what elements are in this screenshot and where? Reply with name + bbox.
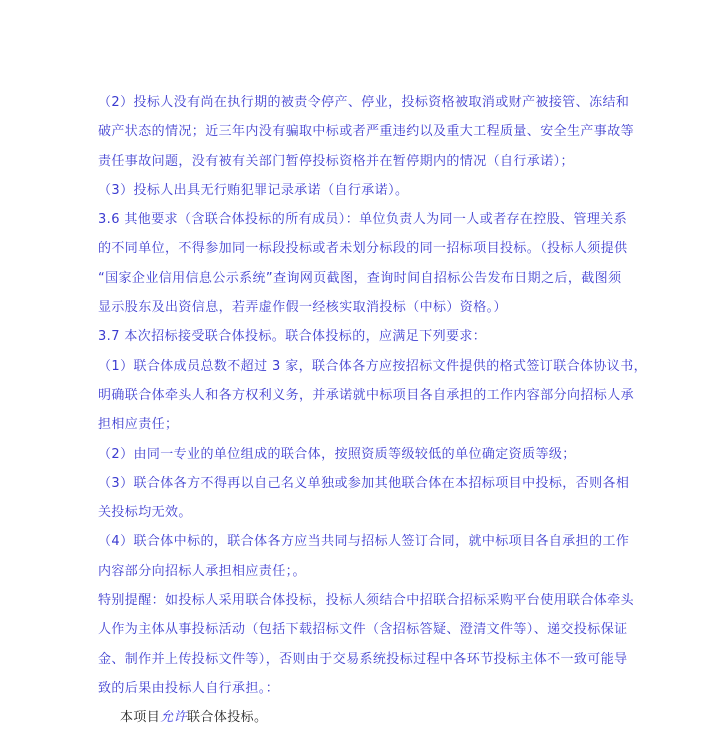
text-line: 的不同单位，不得参加同一标段投标或者未划分标段的同一招标项目投标。（投标人须提供: [98, 234, 628, 263]
allow-emphasis: 允许: [160, 710, 187, 725]
text-line: （2）投标人没有尚在执行期的被责令停产、停业，投标资格被取消或财产被接管、冻结和: [98, 88, 628, 117]
special-reminder-line: 特别提醒：如投标人采用联合体投标，投标人须结合中招联合招标采购平台使用联合体牵头: [98, 586, 628, 615]
text-line: 人作为主体从事投标活动（包括下载招标文件（含招标答疑、澄清文件等）、递交投标保证: [98, 615, 628, 644]
text-line: （1）联合体成员总数不超过 3 家，联合体各方应按招标文件提供的格式签订联合体协…: [98, 352, 628, 381]
text-line: 关投标均无效。: [98, 498, 628, 527]
text-line: 显示股东及出资信息，若弄虚作假一经核实取消投标（中标）资格。）: [98, 293, 628, 322]
text-line: （2）由同一专业的单位组成的联合体，按照资质等级较低的单位确定资质等级；: [98, 440, 628, 469]
text-line: “国家企业信用信息公示系统”查询网页截图，查询时间自招标公告发布日期之后，截图须: [98, 264, 628, 293]
text-line: （3）联合体各方不得再以自己名义单独或参加其他联合体在本招标项目中投标，否则各相: [98, 469, 628, 498]
final-prefix: 本项目: [120, 710, 160, 725]
text-line: （3）投标人出具无行贿犯罪记录承诺（自行承诺）。: [98, 176, 628, 205]
text-line: 致的后果由投标人自行承担。：: [98, 674, 628, 703]
section-3-6-line: 3.6 其他要求（含联合体投标的所有成员）：单位负责人为同一人或者存在控股、管理…: [98, 205, 628, 234]
text-line: 金、制作并上传投标文件等），否则由于交易系统投标过程中各环节投标主体不一致可能导: [98, 645, 628, 674]
text-line: 内容部分向招标人承担相应责任；。: [98, 557, 628, 586]
text-line: 责任事故问题，没有被有关部门暂停投标资格并在暂停期内的情况（自行承诺）；: [98, 147, 628, 176]
document-body: （2）投标人没有尚在执行期的被责令停产、停业，投标资格被取消或财产被接管、冻结和…: [98, 88, 628, 733]
final-statement: 本项目允许联合体投标。: [98, 703, 628, 732]
text-line: （4）联合体中标的，联合体各方应当共同与招标人签订合同，就中标项目各自承担的工作: [98, 527, 628, 556]
text-line: 明确联合体牵头人和各方权利义务，并承诺就中标项目各自承担的工作内容部分向招标人承: [98, 381, 628, 410]
text-line: 破产状态的情况；近三年内没有骗取中标或者严重违约以及重大工程质量、安全生产事故等: [98, 117, 628, 146]
text-line: 担相应责任；: [98, 410, 628, 439]
section-3-7-line: 3.7 本次招标接受联合体投标。联合体投标的，应满足下列要求：: [98, 322, 628, 351]
final-suffix: 联合体投标。: [187, 710, 267, 725]
